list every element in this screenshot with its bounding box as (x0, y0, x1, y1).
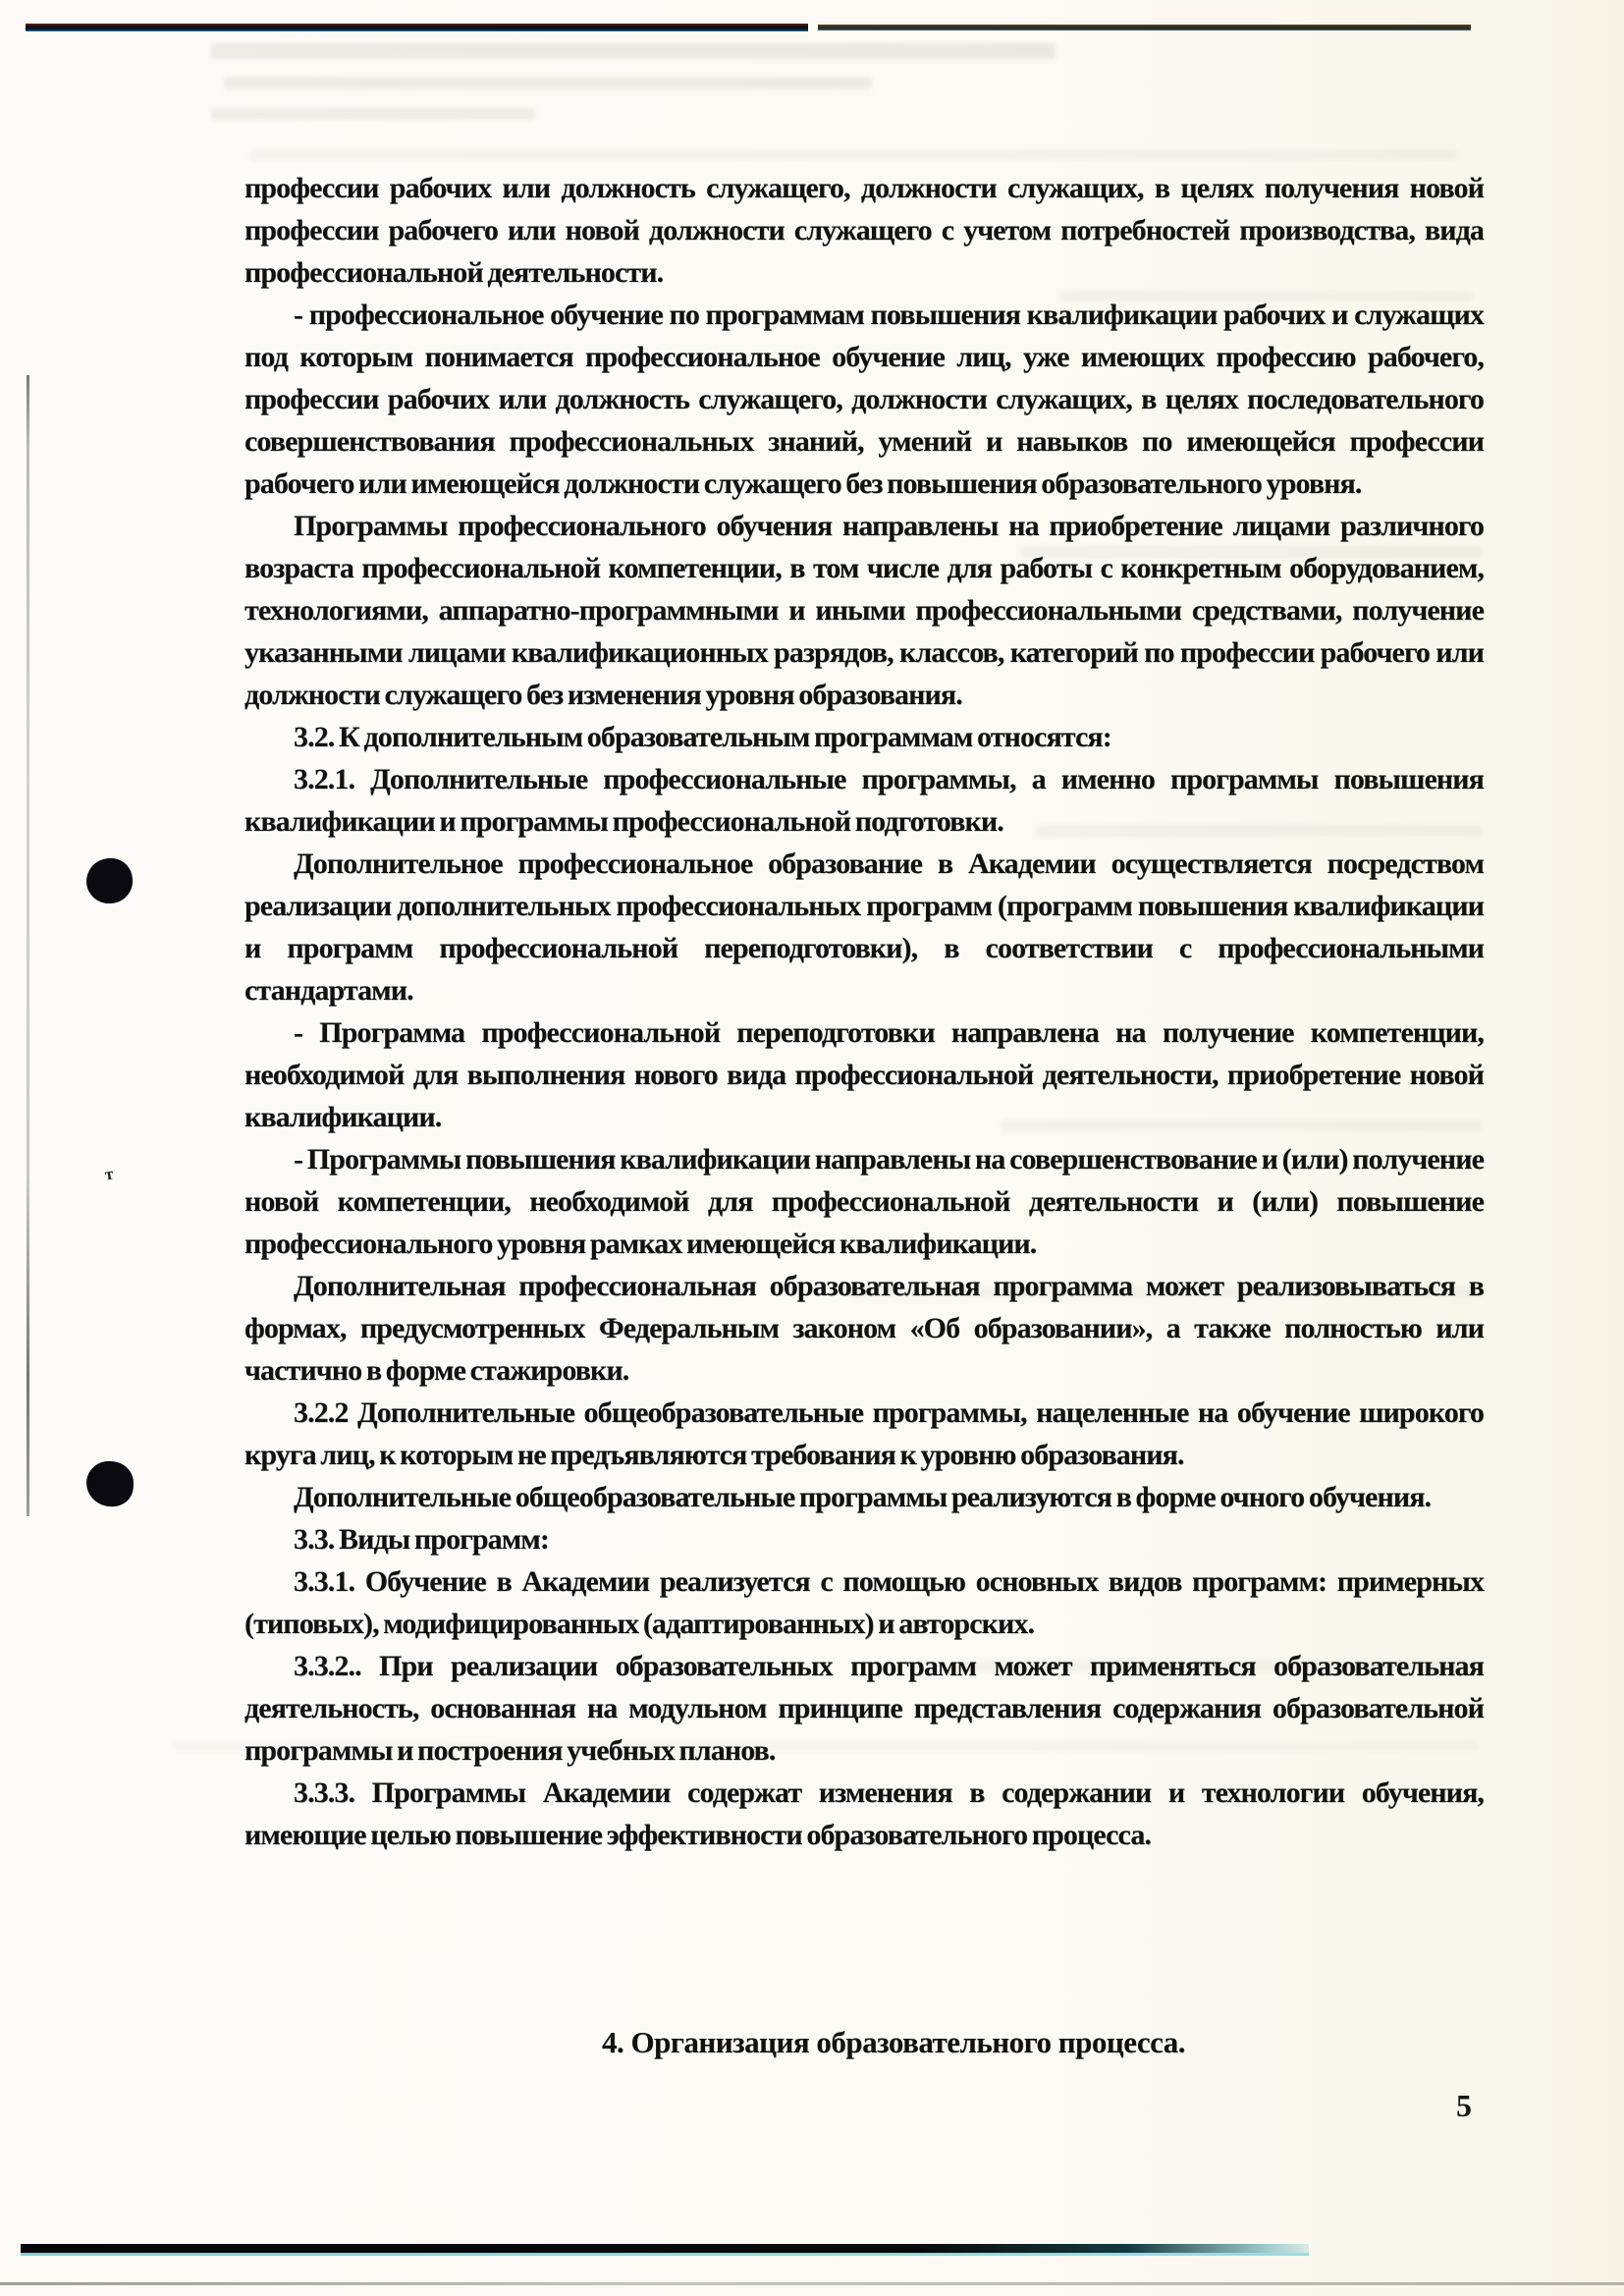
paragraph: Дополнительные общеобразовательные прогр… (244, 1476, 1484, 1518)
paragraph: Программы профессионального обучения нап… (244, 505, 1484, 716)
paragraph: 3.2. К дополнительным образовательным пр… (244, 716, 1484, 758)
page-number: 5 (1456, 2088, 1472, 2124)
paragraph: 3.2.2 Дополнительные общеобразовательные… (244, 1392, 1484, 1476)
scan-artifact-bottom-line-cyan (21, 2253, 1309, 2256)
bleed-through-ghost (211, 108, 535, 120)
hole-punch-mark-top (84, 856, 135, 906)
bleed-through-ghost (250, 149, 1458, 161)
paragraph: - Программы повышения квалификации напра… (244, 1138, 1484, 1265)
paragraph: - профессиональное обучение по программа… (244, 294, 1484, 505)
paragraph: 3.3.3. Программы Академии содержат измен… (244, 1772, 1484, 1856)
scan-artifact-page-edge-line (0, 2282, 1624, 2285)
scanned-document-page: т профессии рабочих или должность служащ… (0, 0, 1624, 2296)
scan-artifact-top-line-right (818, 25, 1471, 30)
paragraph: профессии рабочих или должность служащег… (244, 167, 1484, 294)
document-text: профессии рабочих или должность служащег… (244, 167, 1484, 1856)
bleed-through-ghost (211, 43, 1056, 59)
scan-artifact-left-vertical-line (27, 375, 29, 1516)
paragraph: Дополнительная профессиональная образова… (244, 1265, 1484, 1392)
paragraph: Дополнительное профессиональное образова… (244, 843, 1484, 1011)
hole-punch-mark-bottom (84, 1459, 135, 1507)
scan-artifact-top-line-left (26, 24, 808, 31)
paragraph: - Программа профессиональной переподгото… (244, 1011, 1484, 1138)
bleed-through-ghost (224, 77, 872, 89)
paragraph: 3.2.1. Дополнительные профессиональные п… (244, 758, 1484, 843)
section-heading: 4. Организация образовательного процесса… (285, 2025, 1502, 2060)
paragraph: 3.3.1. Обучение в Академии реализуется с… (244, 1560, 1484, 1645)
scan-artifact-bottom-line (21, 2244, 1309, 2253)
paragraph: 3.3.2.. При реализации образовательных п… (244, 1645, 1484, 1772)
margin-pen-mark: т (103, 1164, 115, 1184)
paragraph: 3.3. Виды программ: (244, 1518, 1484, 1560)
